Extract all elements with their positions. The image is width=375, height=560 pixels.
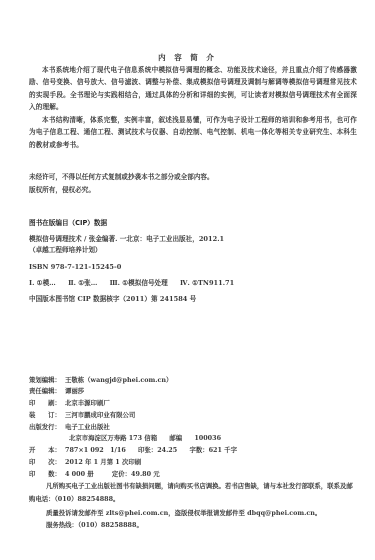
- format-value: 787×1 092 1/16: [65, 446, 126, 454]
- book-format: 开 本：787×1 092 1/16 印张：24.25 字数：621 千字: [29, 446, 237, 455]
- publisher-value: 电子工业出版社: [65, 423, 110, 431]
- planning-editor-label: 策划编辑：: [29, 376, 65, 385]
- price-value: 49.80 元: [131, 470, 160, 478]
- format-label: 开 本：: [29, 446, 65, 455]
- complaint-notice: 质量投诉请发邮件至 zlts@phei.com.cn，盗版侵权举报请发邮件至 d…: [46, 509, 321, 518]
- classification-line: Ⅰ. ①模… Ⅱ. ①张… Ⅲ. ①模拟信号处理 Ⅳ. ①TN911.71: [29, 279, 234, 288]
- sheets-label: 印张：: [138, 446, 157, 455]
- address: 北京市海淀区万寿路 173 信箱: [69, 434, 157, 442]
- classification-3: Ⅲ. ①模拟信号处理: [110, 279, 168, 288]
- cip-number: 中国版本图书馆 CIP 数据核字（2011）第 241584 号: [29, 295, 196, 304]
- planning-editor: 策划编辑：王敬栋（wangjd@phei.com.cn）: [29, 376, 172, 385]
- classification-4: Ⅳ. ①TN911.71: [180, 279, 234, 288]
- cip-record-line-1: 模拟信号调理技术 / 张金编著. 一北京：电子工业出版社，2012.1: [29, 235, 224, 244]
- print-run: 印 数：4 000 册 定价：49.80 元: [29, 470, 160, 479]
- postcode: 100036: [194, 434, 221, 443]
- cip-heading: 图书在版编目（CIP）数据: [29, 219, 107, 228]
- responsible-editor: 责任编辑：谭丽莎: [29, 387, 84, 396]
- edition-value: 2012 年 1 月第 1 次印刷: [65, 458, 141, 466]
- binder-value: 三河市鹏成印业有限公司: [65, 411, 135, 419]
- copyright-page: 内 容 简 介 本书系统地介绍了现代电子信息系统中模拟信号调理的概念、功能及技术…: [0, 0, 375, 560]
- price-label: 定价：: [112, 470, 131, 479]
- publisher-address: 北京市海淀区万寿路 173 信箱 邮编 100036: [69, 434, 221, 443]
- summary-paragraph-1: 本书系统地介绍了现代电子信息系统中模拟信号调理的概念、功能及技术途径，并且重点介…: [29, 64, 357, 114]
- publisher: 出版发行：电子工业出版社: [29, 423, 110, 432]
- printer: 印 刷：北京丰源印刷厂: [29, 399, 110, 408]
- classification-1: Ⅰ. ①模…: [29, 279, 56, 287]
- summary-paragraph-2: 本书结构清晰，体系完整，实例丰富，叙述浅显易懂，可作为电子设计工程师的培训和参考…: [29, 114, 357, 151]
- service-hotline: 服务热线：（010）88258888。: [46, 521, 143, 530]
- postcode-label: 邮编: [169, 434, 182, 443]
- publisher-label: 出版发行：: [29, 423, 65, 432]
- cip-record-line-2: （卓越工程师培养计划）: [29, 246, 102, 255]
- planning-editor-value: 王敬栋（wangjd@phei.com.cn）: [65, 376, 172, 384]
- binder-label: 装 订：: [29, 411, 65, 420]
- edition-label: 印 次：: [29, 458, 65, 467]
- print-edition: 印 次：2012 年 1 月第 1 次印刷: [29, 458, 141, 467]
- print-run-value: 4 000 册: [65, 470, 94, 478]
- words-label: 字数：: [189, 446, 208, 455]
- classification-2: Ⅱ. ①张…: [68, 279, 97, 288]
- print-run-label: 印 数：: [29, 470, 65, 479]
- words-value: 621 千字: [209, 446, 237, 454]
- sheets-value: 24.25: [157, 446, 177, 454]
- copyright-notice: 未经许可，不得以任何方式复制或抄袭本书之部分或全部内容。: [29, 173, 214, 182]
- defect-notice: 凡所购买电子工业出版社图书有缺损问题，请向购买书店调换。若书店售缺，请与本社发行…: [29, 480, 357, 505]
- printer-label: 印 刷：: [29, 399, 65, 408]
- binder: 装 订：三河市鹏成印业有限公司: [29, 411, 135, 420]
- printer-value: 北京丰源印刷厂: [65, 399, 110, 407]
- responsible-editor-label: 责任编辑：: [29, 387, 65, 396]
- rights-reserved: 版权所有，侵权必究。: [29, 186, 95, 195]
- responsible-editor-value: 谭丽莎: [65, 387, 84, 395]
- isbn: ISBN 978-7-121-15245-0: [29, 263, 121, 272]
- summary-title: 内 容 简 介: [0, 52, 375, 63]
